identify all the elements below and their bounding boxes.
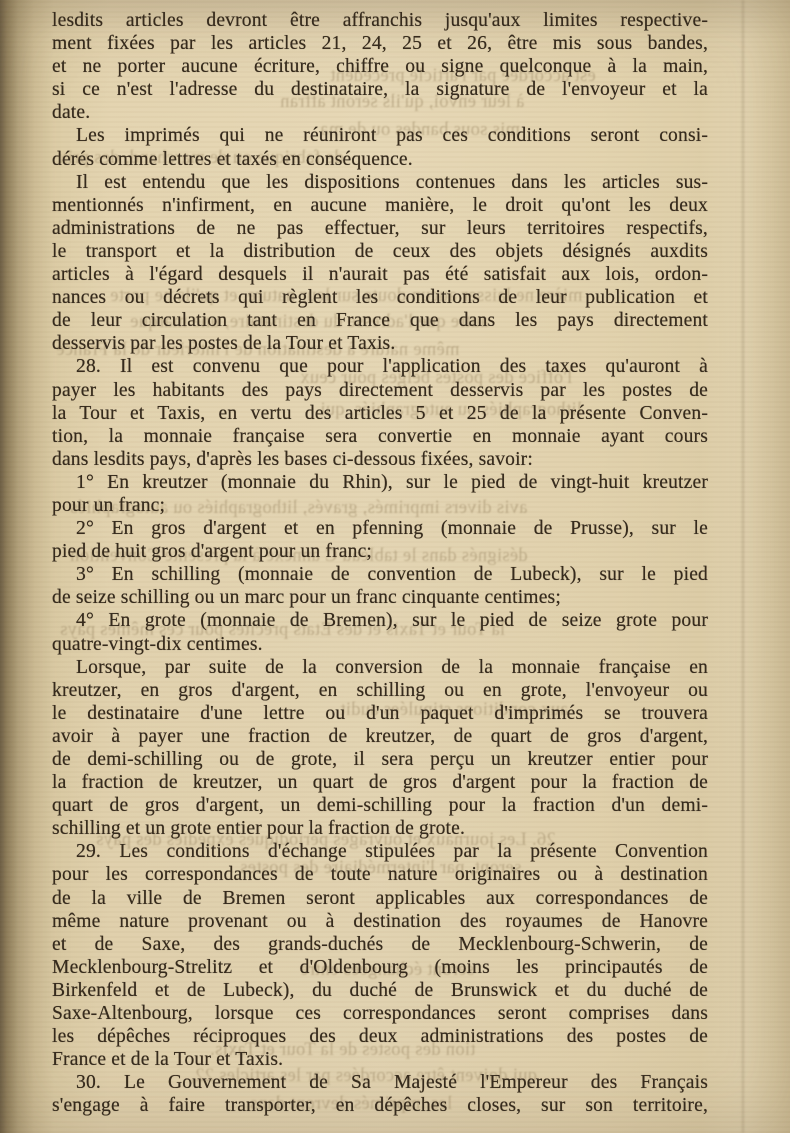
text-line: France et de la Tour et Taxis. (52, 1048, 708, 1071)
text-line: lesdits articles devront être affranchis… (52, 9, 708, 32)
text-line: dérés comme lettres et taxés en conséque… (52, 148, 708, 171)
text-line: 1° En kreutzer (monnaie du Rhin), sur le… (52, 471, 708, 494)
text-line: quatre-vingt-dix centimes. (52, 633, 708, 656)
text-line: 30. Le Gouvernement de Sa Majesté l'Empe… (52, 1071, 708, 1094)
text-line: desservis par les postes de la Tour et T… (52, 332, 708, 355)
text-line: de seize schilling ou un marc pour un fr… (52, 586, 708, 609)
scanned-document-page: est accordée par l'article précédentà le… (0, 0, 790, 1133)
text-line: payer les habitants des pays directement… (52, 379, 708, 402)
text-line: tion, la monnaie française sera converti… (52, 425, 708, 448)
text-line: 3° En schilling (monnaie de convention d… (52, 563, 708, 586)
text-line: de demi-schilling ou de grote, il sera p… (52, 748, 708, 771)
paragraph: 30. Le Gouvernement de Sa Majesté l'Empe… (52, 1071, 708, 1117)
text-line: Lorsque, par suite de la conversion de l… (52, 656, 708, 679)
paragraph: Lorsque, par suite de la conversion de l… (52, 656, 708, 841)
text-line: 4° En grote (monnaie de Bremen), sur le … (52, 609, 708, 632)
paragraph: 1° En kreutzer (monnaie du Rhin), sur le… (52, 471, 708, 517)
text-line: Saxe-Altenbourg, lorsque ces corresponda… (52, 1002, 708, 1025)
paragraph: 29. Les conditions d'échange stipulées p… (52, 840, 708, 1071)
text-line: même nature provenant ou à destination d… (52, 910, 708, 933)
text-line: avoir à payer une fraction de kreutzer, … (52, 725, 708, 748)
page-crease-line (742, 0, 744, 1133)
text-line: administrations de ne pas effectuer, sur… (52, 217, 708, 240)
text-line: dans lesdits pays, d'après les bases ci-… (52, 448, 708, 471)
text-line: pour les correspondances de toute nature… (52, 863, 708, 886)
text-line: de leur circulation tant en France que d… (52, 309, 708, 332)
text-line: le transport et la distribution de ceux … (52, 240, 708, 263)
text-line: Mecklenbourg-Strelitz et d'Oldenbourg (m… (52, 956, 708, 979)
text-line: la Tour et Taxis, en vertu des articles … (52, 402, 708, 425)
paragraph: Il est entendu que les dispositions cont… (52, 171, 708, 356)
text-line: s'engage à faire transporter, en dépêche… (52, 1094, 708, 1117)
text-line: 2° En gros d'argent et en pfenning (monn… (52, 517, 708, 540)
text-line: et de Saxe, des grands-duchés de Mecklen… (52, 933, 708, 956)
paragraph: Les imprimés qui ne réuniront pas ces co… (52, 124, 708, 170)
text-line: kreutzer, en gros d'argent, en schilling… (52, 679, 708, 702)
text-column: lesdits articles devront être affranchis… (52, 9, 708, 1118)
text-line: la fraction de kreutzer, un quart de gro… (52, 771, 708, 794)
paragraph: lesdits articles devront être affranchis… (52, 9, 708, 124)
text-line: Les imprimés qui ne réuniront pas ces co… (52, 124, 708, 147)
text-line: de la ville de Bremen seront applicables… (52, 887, 708, 910)
paragraph: 4° En grote (monnaie de Bremen), sur le … (52, 609, 708, 655)
text-line: 28. Il est convenu que pour l'applicatio… (52, 355, 708, 378)
text-line: pour un franc; (52, 494, 708, 517)
text-line: date. (52, 101, 708, 124)
paragraph: 3° En schilling (monnaie de convention d… (52, 563, 708, 609)
text-line: quart de gros d'argent, un demi-schillin… (52, 794, 708, 817)
text-line: et ne porter aucune écriture, chiffre ou… (52, 55, 708, 78)
text-line: si ce n'est l'adresse du destinataire, l… (52, 78, 708, 101)
text-line: mentionnés n'infirment, en aucune manièr… (52, 194, 708, 217)
text-line: pied de huit gros d'argent pour un franc… (52, 540, 708, 563)
text-line: les dépêches réciproques des deux admini… (52, 1025, 708, 1048)
text-line: schilling et un grote entier pour la fra… (52, 817, 708, 840)
paragraph: 28. Il est convenu que pour l'applicatio… (52, 355, 708, 470)
text-line: Il est entendu que les dispositions cont… (52, 171, 708, 194)
text-line: ment fixées par les articles 21, 24, 25 … (52, 32, 708, 55)
paragraph: 2° En gros d'argent et en pfenning (monn… (52, 517, 708, 563)
text-line: Birkenfeld et de Lubeck), du duché de Br… (52, 979, 708, 1002)
text-line: nances ou décrets qui règlent les condit… (52, 286, 708, 309)
text-line: le destinataire d'une lettre ou d'un paq… (52, 702, 708, 725)
text-line: 29. Les conditions d'échange stipulées p… (52, 840, 708, 863)
text-line: articles à l'égard desquels il n'aurait … (52, 263, 708, 286)
